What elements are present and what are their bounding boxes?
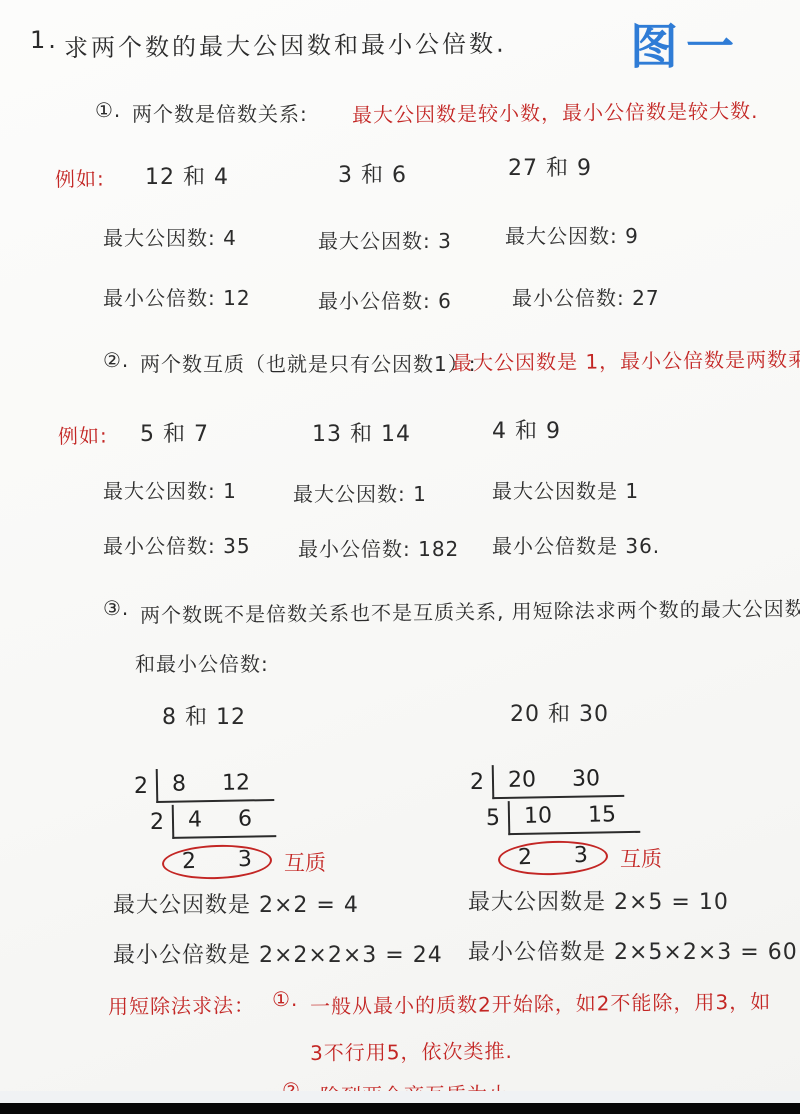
gcd-result: 最大公因数是 2×2 = 4 (113, 888, 359, 919)
section1-note: 最大公因数是较小数，最小公倍数是较大数. (352, 95, 759, 128)
lcm-value: 最小公倍数: 35 (103, 530, 251, 559)
example-label: 例如: (58, 419, 108, 449)
notebook-page: 1. 求两个数的最大公因数和最小公倍数. 图一 ①. 两个数是倍数关系: 最大公… (0, 0, 800, 1114)
lcm-value: 最小公倍数: 27 (512, 282, 660, 311)
dividend-a: 20 (508, 767, 536, 792)
short-division-1: 2 8 12 2 4 6 2 3 互质 (124, 768, 326, 879)
dividend-a: 10 (524, 803, 552, 828)
page-title: 求两个数的最大公因数和最小公倍数. (64, 24, 507, 64)
divisor: 2 (460, 770, 484, 798)
method-item1-number: ①. (272, 987, 299, 1011)
dividend-b: 15 (588, 802, 616, 827)
short-division-step: 2 20 30 (460, 764, 662, 798)
short-division-step: 2 8 12 (124, 768, 326, 802)
number-pair: 3 和 6 (338, 158, 407, 189)
divisor: 2 (140, 810, 164, 838)
coprime-label: 互质 (620, 843, 662, 873)
short-division-step: 2 4 6 (140, 804, 326, 838)
paper-edge (0, 1091, 800, 1103)
divisor: 5 (476, 806, 500, 834)
section3-heading-line1: 两个数既不是倍数关系也不是互质关系, 用短除法求两个数的最大公因数 (140, 593, 800, 629)
section2-note: 最大公因数是 1，最小公倍数是两数乘积. (452, 343, 800, 376)
quotient-a: 2 (182, 849, 197, 874)
gcd-value: 最大公因数: 4 (103, 222, 237, 251)
dividend-b: 12 (222, 770, 250, 795)
number-pair: 13 和 14 (312, 417, 411, 448)
short-division-2: 2 20 30 5 10 15 2 3 互质 (460, 764, 662, 875)
gcd-value: 最大公因数是 1 (492, 475, 639, 504)
section3-number: ③. (103, 596, 129, 620)
section3-heading-line2: 和最小公倍数: (135, 648, 269, 677)
gcd-value: 最大公因数: 1 (293, 478, 427, 507)
gcd-value: 最大公因数: 3 (318, 225, 452, 254)
gcd-value: 最大公因数: 9 (505, 220, 639, 249)
lcm-value: 最小公倍数: 12 (103, 282, 251, 311)
dividend-b: 30 (572, 766, 600, 791)
quotient-b: 3 (573, 843, 588, 868)
short-division-step: 5 10 15 (476, 800, 662, 834)
lcm-result: 最小公倍数是 2×5×2×3 = 60 (468, 935, 798, 966)
section2-number: ②. (103, 348, 129, 372)
number-pair: 5 和 7 (140, 417, 209, 448)
section1-heading: 两个数是倍数关系: (132, 98, 308, 127)
method-item1-line2: 3不行用5，依次类推. (310, 1035, 513, 1066)
dividend-a: 4 (188, 807, 202, 832)
section2-heading: 两个数互质（也就是只有公因数1）: (140, 348, 476, 377)
photo-black-border (0, 1103, 800, 1114)
figure-label: 图一 (630, 8, 742, 77)
coprime-label: 互质 (284, 847, 326, 877)
number-pair: 27 和 9 (508, 151, 592, 182)
lcm-value: 最小公倍数是 36. (492, 530, 660, 559)
list-index: 1. (30, 26, 59, 54)
number-pair: 4 和 9 (492, 414, 561, 445)
method-lead: 用短除法求法： (108, 989, 255, 1020)
coprime-circle: 2 3 (497, 839, 608, 877)
lcm-result: 最小公倍数是 2×2×2×3 = 24 (113, 938, 443, 969)
example-label: 例如: (55, 162, 105, 192)
quotient-a: 2 (518, 845, 533, 870)
lcm-value: 最小公倍数: 6 (318, 285, 452, 314)
dividend-a: 8 (172, 772, 186, 797)
problem-pair: 20 和 30 (510, 697, 609, 728)
lcm-value: 最小公倍数: 182 (298, 533, 459, 562)
quotient-row: 2 3 互质 (498, 841, 662, 875)
divisor: 2 (124, 774, 148, 802)
quotient-b: 3 (237, 847, 252, 872)
coprime-circle: 2 3 (161, 843, 272, 881)
method-item1-line1: 一般从最小的质数2开始除，如2不能除，用3，如 (310, 986, 771, 1020)
gcd-result: 最大公因数是 2×5 = 10 (468, 885, 729, 916)
problem-pair: 8 和 12 (162, 700, 246, 731)
gcd-value: 最大公因数: 1 (103, 475, 237, 504)
number-pair: 12 和 4 (145, 160, 229, 191)
section1-number: ①. (95, 98, 121, 122)
dividend-b: 6 (238, 807, 252, 832)
quotient-row: 2 3 互质 (162, 845, 326, 879)
